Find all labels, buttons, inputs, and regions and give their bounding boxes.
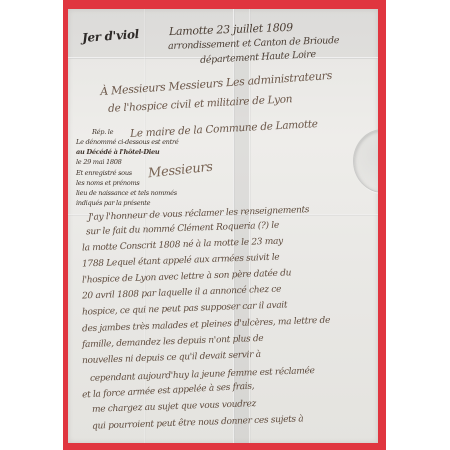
margin-note-line: Rép. le: [92, 128, 113, 136]
margin-note-line: au Décédé à l'hôtel-Dieu: [76, 148, 159, 156]
address-line-1: À Messieurs Messieurs Les administrateur…: [100, 69, 333, 98]
body-line: la motte Conscrit 1808 né à la motte le …: [82, 236, 283, 253]
address-line-2: de l'hospice civil et militaire de Lyon: [108, 93, 293, 115]
margin-note-line: les noms et prénoms: [76, 179, 140, 187]
margin-note-line: Le dénommé ci-dessous est entré: [76, 138, 178, 146]
body-line: 20 avril 1808 par laquelle il a annoncé …: [82, 285, 281, 302]
body-line: l'hospice de Lyon avec lettre à son père…: [82, 268, 291, 285]
margin-note-line: le 29 mai 1808: [76, 158, 122, 166]
body-line: hospice, ce qui ne peut pas supposer car…: [82, 300, 288, 317]
letter-paper: Jer d'viol Lamotte 23 juillet 1809 arron…: [68, 9, 378, 443]
body-line: cependant aujourd'huy la jeune femme est…: [90, 366, 315, 384]
margin-note-line: indiqués par la présente: [76, 199, 150, 207]
body-line: me chargez au sujet que vous voudrez: [92, 399, 256, 415]
margin-note-line: lieu de naissance et tels nommés: [76, 189, 177, 197]
body-line: des jambes très malades et pleines d'ulc…: [82, 316, 330, 335]
sender-line: Le maire de la Commune de Lamotte: [130, 118, 318, 140]
salutation: Messieurs: [147, 160, 213, 182]
embossed-seal: [353, 129, 378, 193]
margin-note-line: Et enregistré sous: [76, 169, 132, 177]
body-line: et la force armée est appelée à ses frai…: [82, 381, 255, 400]
body-line: qui pourroient peut être nous donner ces…: [92, 414, 304, 431]
